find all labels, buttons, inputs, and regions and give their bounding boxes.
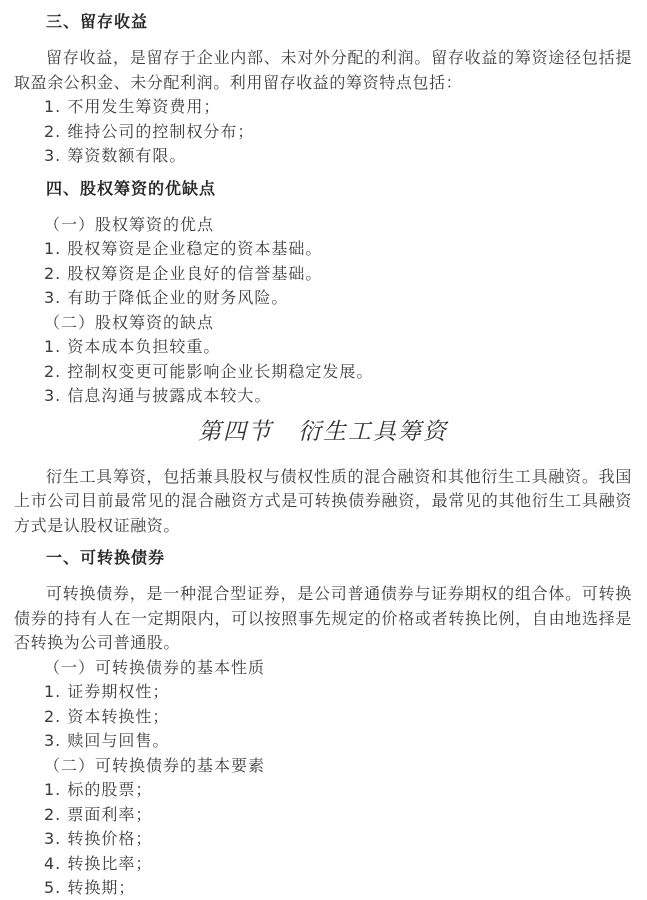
body-paragraph: 可转换债券，是一种混合型证券，是公司普通债券与证券期权的组合体。可转换债券的持有… xyxy=(14,582,632,656)
list-item: 2. 资本转换性； xyxy=(14,705,632,730)
list-item: 2. 维持公司的控制权分布； xyxy=(14,120,632,145)
subsection-heading: （二）可转换债券的基本要素 xyxy=(14,754,632,779)
document-body: 三、留存收益留存收益，是留存于企业内部、未对外分配的利润。留存收益的筹资途径包括… xyxy=(14,10,632,900)
list-item: 2. 票面利率； xyxy=(14,803,632,828)
list-item: 3. 筹资数额有限。 xyxy=(14,144,632,169)
list-item: 3. 赎回与回售。 xyxy=(14,729,632,754)
list-item: 3. 转换价格； xyxy=(14,827,632,852)
chapter-title: 第四节 衍生工具筹资 xyxy=(14,415,632,449)
list-item: 4. 转换比率； xyxy=(14,852,632,877)
list-item: 2. 股权筹资是企业良好的信誉基础。 xyxy=(14,262,632,287)
body-paragraph: 衍生工具筹资，包括兼具股权与债权性质的混合融资和其他衍生工具融资。我国上市公司目… xyxy=(14,465,632,539)
body-paragraph: 留存收益，是留存于企业内部、未对外分配的利润。留存收益的筹资途径包括提取盈余公积… xyxy=(14,46,632,95)
list-item: 1. 标的股票； xyxy=(14,778,632,803)
section-heading: 四、股权筹资的优缺点 xyxy=(46,177,632,201)
list-item: 2. 控制权变更可能影响企业长期稳定发展。 xyxy=(14,360,632,385)
section-heading: 三、留存收益 xyxy=(46,10,632,34)
list-item: 1. 股权筹资是企业稳定的资本基础。 xyxy=(14,237,632,262)
list-item: 1. 资本成本负担较重。 xyxy=(14,335,632,360)
subsection-heading: （一）股权筹资的优点 xyxy=(14,213,632,238)
list-item: 5. 转换期； xyxy=(14,876,632,900)
list-item: 3. 有助于降低企业的财务风险。 xyxy=(14,286,632,311)
document-page: 三、留存收益留存收益，是留存于企业内部、未对外分配的利润。留存收益的筹资途径包括… xyxy=(0,0,647,900)
list-item: 1. 证券期权性； xyxy=(14,680,632,705)
list-item: 1. 不用发生筹资费用； xyxy=(14,95,632,120)
section-heading: 一、可转换债券 xyxy=(46,546,632,570)
list-item: 3. 信息沟通与披露成本较大。 xyxy=(14,384,632,409)
subsection-heading: （一）可转换债券的基本性质 xyxy=(14,656,632,681)
subsection-heading: （二）股权筹资的缺点 xyxy=(14,311,632,336)
